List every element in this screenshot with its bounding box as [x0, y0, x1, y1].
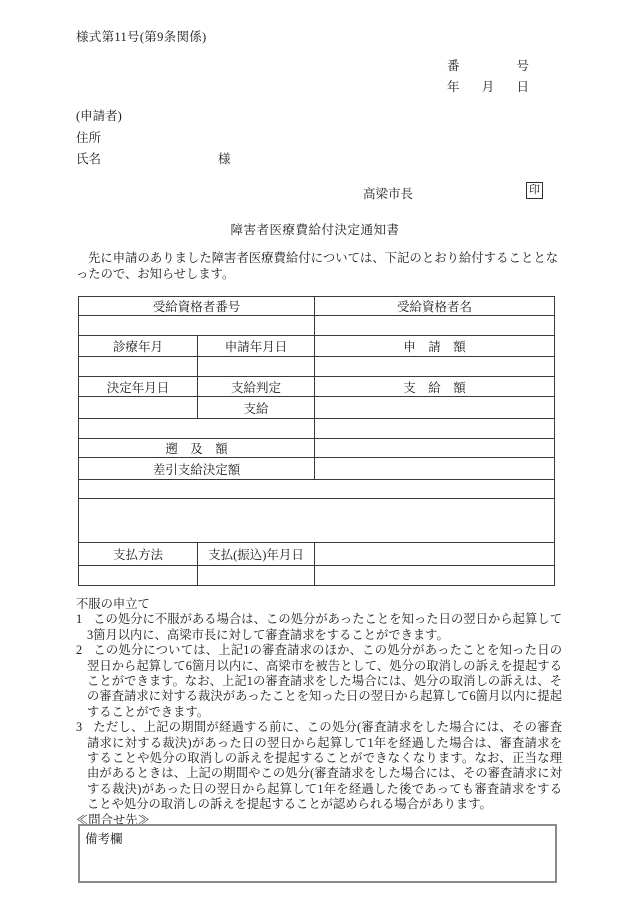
- payment-transfer-date-value-cell: [198, 566, 315, 586]
- recipient-number-value-cell: [79, 316, 315, 336]
- name-line: 氏名 様: [76, 149, 122, 171]
- table-row: [79, 419, 555, 439]
- table-row: [79, 499, 555, 543]
- appeal-item-text: この処分に不服がある場合は、この処分があったことを知った日の翌日から起算して3箇…: [87, 612, 562, 641]
- doc-number-prefix: 番: [447, 56, 460, 74]
- table-row: 支払方法 支払(振込)年月日: [79, 543, 555, 566]
- payment-judgment-label-cell: 支給判定: [198, 377, 315, 397]
- honorific-label: 様: [218, 149, 231, 171]
- table-row: 決定年月日 支給判定 支 給 額: [79, 377, 555, 397]
- table-row: [79, 566, 555, 586]
- spacer-cell: [315, 566, 555, 586]
- payment-method-value-cell: [79, 566, 198, 586]
- payment-label-cell: 支給: [198, 397, 315, 419]
- seal-placeholder-box: 印: [526, 182, 543, 199]
- net-payment-decision-label-cell: 差引支給決定額: [79, 458, 315, 480]
- table-row: 遡 及 額: [79, 439, 555, 458]
- payment-amount-label-cell: 支 給 額: [315, 377, 555, 397]
- doc-date-line: 年 月 日: [447, 77, 529, 95]
- remarks-box: 備考欄: [78, 824, 557, 883]
- decision-date-value-cell: [79, 397, 198, 419]
- empty-full-row-cell: [79, 499, 555, 543]
- appeal-item-3: 3ただし、上記の期間が経過する前に、この処分(審査請求をした場合には、その審査請…: [76, 720, 562, 812]
- decision-date-label-cell: 決定年月日: [79, 377, 198, 397]
- payment-transfer-date-label-cell: 支払(振込)年月日: [198, 543, 315, 566]
- table-row: [79, 480, 555, 499]
- doc-number-suffix: 号: [516, 56, 529, 74]
- date-day-label: 日: [516, 77, 529, 95]
- retroactive-amount-label-cell: 遡 及 額: [79, 439, 315, 458]
- table-row-net-decision: 差引支給決定額: [79, 458, 555, 480]
- appeal-item-1: 1この処分に不服がある場合は、この処分があったことを知った日の翌日から起算して3…: [76, 612, 562, 643]
- table-row: 診療年月 申請年月日 申 請 額: [79, 336, 555, 357]
- applicant-label: (申請者): [76, 106, 122, 128]
- application-amount-label-cell: 申 請 額: [315, 336, 555, 357]
- empty-cell: [79, 419, 315, 439]
- form-number: 様式第11号(第9条関係): [76, 27, 207, 45]
- recipient-number-header-cell: 受給資格者番号: [79, 297, 315, 316]
- empty-cell: [315, 419, 555, 439]
- retroactive-amount-value-cell: [315, 439, 555, 458]
- application-amount-value-cell: [315, 357, 555, 377]
- remarks-label: 備考欄: [85, 832, 123, 846]
- intro-paragraph: 先に申請のありました障害者医療費給付については、下記のとおり給付することとなった…: [76, 250, 558, 282]
- name-label: 氏名: [76, 152, 101, 166]
- mayor-title: 高梁市長: [363, 184, 413, 202]
- date-year-label: 年: [447, 77, 460, 95]
- appeal-item-number: 2: [76, 643, 82, 657]
- doc-number-line: 番 号: [447, 56, 529, 74]
- appeal-item-text: この処分については、上記1の審査請求のほか、この処分があったことを知った日の翌日…: [87, 643, 562, 719]
- recipient-name-value-cell: [315, 316, 555, 336]
- appeal-item-text: ただし、上記の期間が経過する前に、この処分(審査請求をした場合には、その審査請求…: [87, 720, 562, 811]
- recipient-name-header-cell: 受給資格者名: [315, 297, 555, 316]
- table-row: [79, 316, 555, 336]
- medical-month-value-cell: [79, 357, 198, 377]
- document-title: 障害者医療費給付決定通知書: [0, 220, 630, 238]
- application-date-label-cell: 申請年月日: [198, 336, 315, 357]
- appeal-section: 不服の申立て 1この処分に不服がある場合は、この処分があったことを知った日の翌日…: [76, 597, 562, 828]
- addressee-block: (申請者) 住所 氏名 様: [76, 106, 122, 171]
- payment-amount-value-cell: [315, 397, 555, 419]
- appeal-item-number: 1: [76, 612, 82, 626]
- table-row: [79, 357, 555, 377]
- date-month-label: 月: [482, 77, 495, 95]
- benefit-table: 受給資格者番号 受給資格者名 診療年月 申請年月日 申 請 額 決定年月日 支給…: [78, 296, 555, 586]
- payment-method-label-cell: 支払方法: [79, 543, 198, 566]
- appeal-item-2: 2この処分については、上記1の審査請求のほか、この処分があったことを知った日の翌…: [76, 643, 562, 720]
- empty-full-row-cell: [79, 480, 555, 499]
- application-date-value-cell: [198, 357, 315, 377]
- address-label: 住所: [76, 128, 122, 150]
- table-row: 受給資格者番号 受給資格者名: [79, 297, 555, 316]
- net-payment-decision-value-cell: [315, 458, 555, 480]
- spacer-cell: [315, 543, 555, 566]
- table-row: 支給: [79, 397, 555, 419]
- appeal-heading: 不服の申立て: [76, 597, 562, 612]
- document-page: 様式第11号(第9条関係) 番 号 年 月 日 (申請者) 住所 氏名 様 高梁…: [0, 0, 630, 903]
- appeal-item-number: 3: [76, 720, 82, 734]
- medical-month-label-cell: 診療年月: [79, 336, 198, 357]
